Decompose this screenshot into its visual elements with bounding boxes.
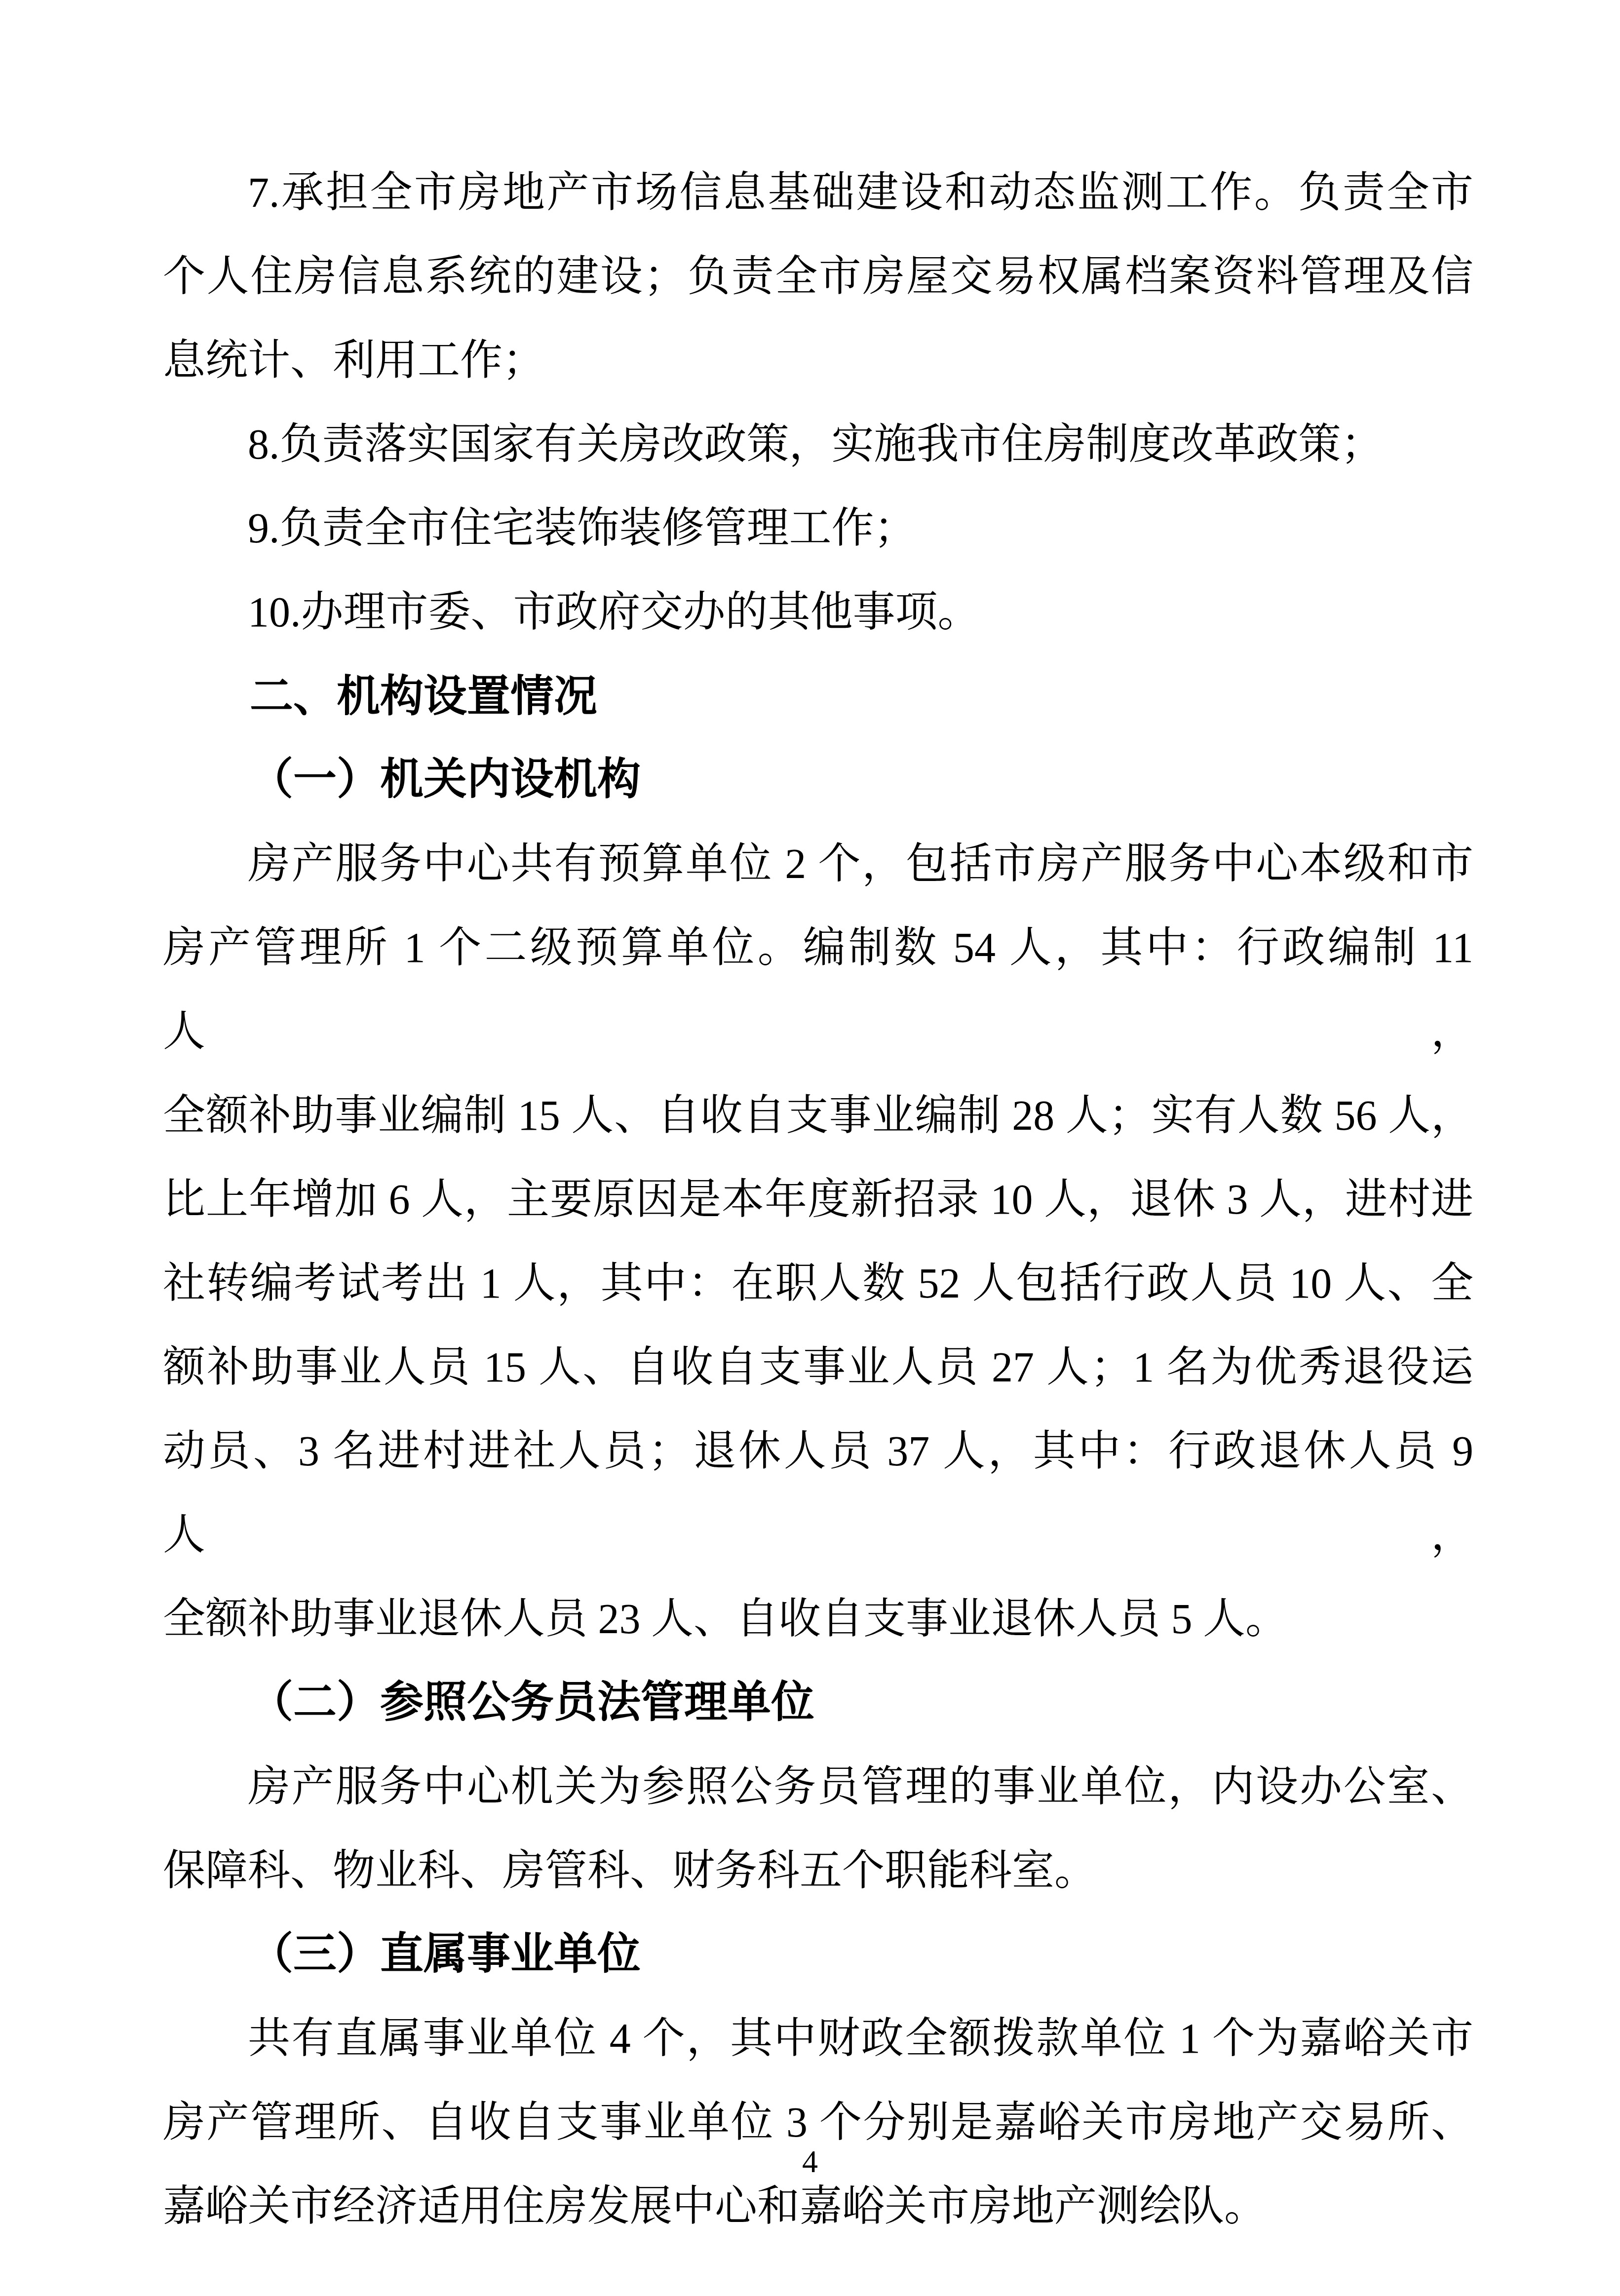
text-line: 社转编考试考出 1 人，其中：在职人数 52 人包括行政人员 10 人、全: [163, 1241, 1473, 1325]
civil-service-paragraph: 房产服务中心机关为参照公务员管理的事业单位，内设办公室、保障科、物业科、房管科、…: [163, 1745, 1473, 1913]
duty-item-8: 8.负责落实国家有关房改政策，实施我市住房制度改革政策；: [163, 402, 1473, 486]
duty-item-9: 9.负责全市住宅装饰装修管理工作；: [163, 486, 1473, 570]
text-line: 比上年增加 6 人，主要原因是本年度新招录 10 人，退休 3 人，进村进: [163, 1157, 1473, 1241]
text-line: 息统计、利用工作；: [163, 318, 1473, 402]
text-line: 全额补助事业编制 15 人、自收自支事业编制 28 人；实有人数 56 人，: [163, 1073, 1473, 1157]
text-line: 全额补助事业退休人员 23 人、自收自支事业退休人员 5 人。: [163, 1577, 1473, 1661]
subsection-heading-2-1: （一）机关内设机构: [163, 738, 1473, 822]
text-line: （三）直属事业单位: [163, 1913, 1473, 1996]
text-line: 10.办理市委、市政府交办的其他事项。: [163, 570, 1473, 654]
text-line: 共有直属事业单位 4 个，其中财政全额拨款单位 1 个为嘉峪关市: [163, 1996, 1473, 2080]
page-number: 4: [0, 2137, 1620, 2186]
text-line: 房产管理所 1 个二级预算单位。编制数 54 人，其中：行政编制 11 人，: [163, 906, 1473, 1073]
text-line: 二、机构设置情况: [163, 654, 1473, 738]
text-line: 动员、3 名进村进社人员；退休人员 37 人，其中：行政退休人员 9 人，: [163, 1409, 1473, 1577]
subsection-heading-2-3: （三）直属事业单位: [163, 1913, 1473, 1996]
subordinate-units-paragraph: 共有直属事业单位 4 个，其中财政全额拨款单位 1 个为嘉峪关市房产管理所、自收…: [163, 1996, 1473, 2248]
text-line: （一）机关内设机构: [163, 738, 1473, 822]
subsection-heading-2-2: （二）参照公务员法管理单位: [163, 1661, 1473, 1745]
text-line: （二）参照公务员法管理单位: [163, 1661, 1473, 1745]
document-body: 7.承担全市房地产市场信息基础建设和动态监测工作。负责全市个人住房信息系统的建设…: [163, 151, 1473, 2248]
section-heading-2: 二、机构设置情况: [163, 654, 1473, 738]
text-line: 8.负责落实国家有关房改政策，实施我市住房制度改革政策；: [163, 402, 1473, 486]
text-line: 额补助事业人员 15 人、自收自支事业人员 27 人；1 名为优秀退役运: [163, 1325, 1473, 1409]
text-line: 9.负责全市住宅装饰装修管理工作；: [163, 486, 1473, 570]
text-line: 7.承担全市房地产市场信息基础建设和动态监测工作。负责全市: [163, 151, 1473, 234]
text-line: 房产服务中心机关为参照公务员管理的事业单位，内设办公室、: [163, 1745, 1473, 1829]
document-page: 7.承担全市房地产市场信息基础建设和动态监测工作。负责全市个人住房信息系统的建设…: [0, 0, 1620, 2296]
staffing-paragraph: 房产服务中心共有预算单位 2 个，包括市房产服务中心本级和市房产管理所 1 个二…: [163, 822, 1473, 1661]
duty-item-7: 7.承担全市房地产市场信息基础建设和动态监测工作。负责全市个人住房信息系统的建设…: [163, 151, 1473, 402]
text-line: 个人住房信息系统的建设；负责全市房屋交易权属档案资料管理及信: [163, 234, 1473, 318]
text-line: 保障科、物业科、房管科、财务科五个职能科室。: [163, 1829, 1473, 1913]
duty-item-10: 10.办理市委、市政府交办的其他事项。: [163, 570, 1473, 654]
text-line: 房产服务中心共有预算单位 2 个，包括市房产服务中心本级和市: [163, 822, 1473, 906]
